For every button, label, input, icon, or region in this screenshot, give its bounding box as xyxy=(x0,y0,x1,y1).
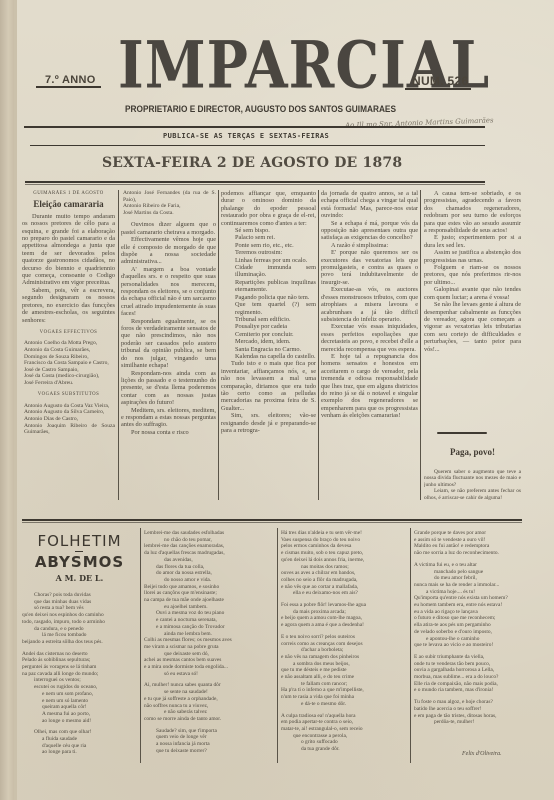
poem-line: e o mundo ria tambem, mas d'ironia! xyxy=(414,687,524,694)
article-paragraph: A causa tem-se sobriado, e os progressis… xyxy=(424,190,521,234)
poem-line: e não assaltam alli, e do teu crime xyxy=(281,674,407,681)
poem-line: da luz d'aquellas frescas madrugadas, xyxy=(144,550,272,557)
poem-line: a nossa infancia já morta xyxy=(144,741,272,748)
poem-line: Choras? pois toda duvidas xyxy=(22,592,137,599)
poem-line: como se morre ainda de tanto amor. xyxy=(144,716,272,723)
poem-line: na campa de tua mãe onde ajoelhaste xyxy=(144,597,272,604)
section-label: GUIMARÃES 1 DE AGOSTO xyxy=(22,190,115,197)
poem-line: e cismas muito, sob o teu capuz preto, xyxy=(281,550,407,557)
poem-column-2: Lembrei-me das saudades esfolhadasno chã… xyxy=(144,530,272,765)
list-item: Domingos de Souza Ribeiro, xyxy=(22,354,115,361)
poem-line: Saudade? sim, que t'importa xyxy=(144,728,272,735)
poem-line: ao longe para ti. xyxy=(22,749,137,756)
article-paragraph: Leiam, se não preferem antes fechar os o… xyxy=(424,488,521,501)
poem-line: interroguei os ventos; xyxy=(22,677,137,684)
poem-line: qu'en deixei nos espinhos do caminho xyxy=(22,612,137,619)
poem-line: que tu me désteis e me pediste xyxy=(281,667,407,674)
poem-line: Beijei tudo que amamos, e sosinho xyxy=(144,584,272,591)
list-item: Mercado, idem, idem. xyxy=(221,338,316,345)
poem-line: da mais proxima arcada; xyxy=(281,609,407,616)
poem-line: A mesma fui ao porto, xyxy=(22,711,137,718)
poem-line: Tu foste o mau algoz, e hoje choras? xyxy=(414,699,524,706)
article-paragraph: E justo; experimentem por si a dura lex … xyxy=(424,234,521,249)
list-item: Antonio Augusto da Costa Vaz Vieira, xyxy=(22,403,115,410)
issue-number: NUM. 526 xyxy=(412,74,468,88)
article-paragraph: E hoje tal a repugnancia dos homens sens… xyxy=(321,353,418,420)
list-item: Cemiterio por concluir. xyxy=(221,331,316,338)
poem-signature: Felix d'Oliveira. xyxy=(462,751,502,757)
poem-line: que encontrasse a perola, xyxy=(281,733,407,740)
poem-line: em podia apertar-te contra o seio, xyxy=(281,719,407,726)
list-item: Antonio Joaquim Ribeiro de Souza Guimarã… xyxy=(22,423,115,436)
poem-line: me viram a scismar na pobre gruta xyxy=(144,644,272,651)
article-paragraph: Respondam egualmente, se os foros de ver… xyxy=(121,318,216,370)
poem-line: achei as mesmas cantos bem suaves xyxy=(144,657,272,664)
poem-line: todo, rasgado, impuro, todo o arminho xyxy=(22,619,137,626)
poem-line: que te levava ao vicio e ao mosteiro! xyxy=(414,642,524,649)
poem-line: Olhei, mas com que olhar! xyxy=(22,729,137,736)
masthead-rule-top xyxy=(24,126,485,128)
list-item: Santa Engracia no Carmo. xyxy=(221,346,316,353)
poem-line: ella e eu deixamo-nos em ais? xyxy=(281,590,407,597)
article-paragraph: Por nossa conta e risco xyxy=(121,429,216,436)
poem-line: Foi essa a pobre flôr! levamos-lhe agua xyxy=(281,602,407,609)
paga-povo-article: Querem saber o augmento que teve a nossa… xyxy=(424,469,521,501)
list-item: Linhas ferreas por um ocalo. xyxy=(221,257,316,264)
article-paragraph: Tudo isto e o mais que fica por inventar… xyxy=(221,360,316,412)
poem-line: de velado soberbo e d'ouro imposto, xyxy=(414,629,524,636)
article-paragraph: Sim, srs. eleitores; vão-se resignando d… xyxy=(221,412,316,434)
number-underline xyxy=(405,88,471,90)
column-divider xyxy=(218,190,219,500)
column-divider xyxy=(420,190,421,500)
poem-line: Qu'importa qu'entre nós exista um homem? xyxy=(414,595,524,602)
poem-line: do amor da nossa estrella, xyxy=(144,570,272,577)
list-item: Cidade immunda sem illuminação. xyxy=(221,264,316,279)
poem-line: e não vês que ao cortar a mallafada, xyxy=(281,584,407,591)
article-paragraph: Assim se justifica a abstenção dos progr… xyxy=(424,249,521,264)
poem-line: E o teu noivo sorri? pelos outeiros xyxy=(281,634,407,641)
poem-line: pelos ermos caminhos da devesa xyxy=(281,543,407,550)
column-divider xyxy=(318,190,319,500)
poem-line: o grito suffocado xyxy=(281,739,407,746)
poem-line: Grande porque te daves por amor xyxy=(414,530,524,537)
article-paragraph: A' margem a boa vontade d'aquelles srs. … xyxy=(121,266,216,318)
list-item: Francisco da Costa Sampaio e Castro, xyxy=(22,360,115,367)
poem-line: ao longe o mesmo aid! xyxy=(22,718,137,725)
poem-line: e a mimosa canção do Trovador xyxy=(144,624,272,631)
poem-line: morbua, mas sublime... era a do louco? xyxy=(414,674,524,681)
list-item: Sé sem bispo. xyxy=(221,227,316,234)
article-column-3: podemos affiançar que, emquanto durar o … xyxy=(221,190,316,498)
list-item: Antonio José Fernandes (da rua de S. Pai… xyxy=(121,190,216,203)
poem-line: batido lhe acercia o teu soffrer! xyxy=(414,706,524,713)
poem-line: e tu que já soffreste a orphandade, xyxy=(144,696,272,703)
list-item: Teremos outrosim: xyxy=(221,249,316,256)
column-divider xyxy=(140,528,141,763)
poem-line: beijando a estreita sôlha dos teus pés. xyxy=(22,639,137,646)
poem-line: que das minhas duas vidas xyxy=(22,599,137,606)
poem-line: lá me ficou tombado xyxy=(22,632,137,639)
binding-edge xyxy=(14,0,17,800)
proprietor-line: PROPRIETARIO E DIRECTOR, AUGUSTO DOS SAN… xyxy=(125,104,396,114)
paga-povo-headline: Paga, povo! xyxy=(424,447,521,457)
poem-line: Ouvi a mesma voz do teu piano xyxy=(144,610,272,617)
list-item: Tribunal sem edificio. xyxy=(221,316,316,323)
poem-line: não me sorria a luz do reconhecimento. xyxy=(414,550,524,557)
year-label: 7.º ANNO xyxy=(45,74,96,86)
article-paragraph: da jornada de quatro annos, se a tal ech… xyxy=(321,190,418,220)
folhetim-title: ABYSMOS xyxy=(22,553,137,571)
article-paragraph: A razão é simplissima: xyxy=(321,242,418,249)
poem-line: nunca mais se ha de render a immolar... xyxy=(414,582,524,589)
poem-line: das flores da tua colla, xyxy=(144,564,272,571)
article-paragraph: Respondam-nos ainda com as lições do pas… xyxy=(121,370,216,407)
poem-line: e nem um som profano, xyxy=(22,691,137,698)
poem-line: que tu deixaste morrer? xyxy=(144,748,272,755)
poem-line: llorei as cançõns que m'ensinaste; xyxy=(144,590,272,597)
vogaes-substitutos-label: VOGAES SUBSTITUTOS xyxy=(22,391,115,398)
poem-line: que deixaste sem dó, xyxy=(144,651,272,658)
poem-line: e cantei a nocturna serenata, xyxy=(144,617,272,624)
poem-line: Vaes suspensa do braço do teu noivo xyxy=(281,537,407,544)
column-divider xyxy=(410,528,411,763)
folhetim-rule-thin xyxy=(22,522,522,523)
poem-line: e nem um só lamento xyxy=(22,698,137,705)
article-paragraph: Galopinai avante que não tendes com quem… xyxy=(424,286,521,301)
poem-line: não soffres nunca tu a viuvez, xyxy=(144,703,272,710)
poem-line: o futuro e ditoso que me reconhecem; xyxy=(414,615,524,622)
poem-line: ouves as aves a chilrar em bandos, xyxy=(281,570,407,577)
list-item: Antonio Dias de Castro, xyxy=(22,416,115,423)
dateline-rule-thin xyxy=(25,184,485,185)
poem-column-3: Há tres dias n'aldeia e tu sem vêr-me!Va… xyxy=(281,530,407,765)
article-paragraph: E' porque não queremos ser os executores… xyxy=(321,249,418,286)
poem-line: d'achar a borboleta; xyxy=(281,647,407,654)
poem-line: A victima fui eu, e o teu altar xyxy=(414,562,524,569)
article-paragraph: Effectivamente vêmos hoje que elle é com… xyxy=(121,236,216,266)
poem-line: e não saberás talvez xyxy=(144,709,272,716)
poem-line: nas moitas dos ramos; xyxy=(281,564,407,571)
binding-spine xyxy=(0,0,15,800)
list-item: Antonio Coelho da Motta Prego, xyxy=(22,340,115,347)
poem-line: só eu estava só! xyxy=(144,671,272,678)
list-item: Palacio sem rei. xyxy=(221,234,316,241)
poem-line: perdôa-te, mulher! xyxy=(414,719,524,726)
poem-line: eu ajoelhei tambem. xyxy=(144,604,272,611)
poem-line: se sente na saudade! xyxy=(144,689,272,696)
poem-line: Pelado ás sobiblinas sepulturas; xyxy=(22,657,137,664)
poem-line: eu homem tambem era, entre nós estava! xyxy=(414,602,524,609)
poem-line: a sombra dos meus beijos, xyxy=(281,661,407,668)
poem-line: E ao subir triumphante da viella, xyxy=(414,654,524,661)
article-paragraph: Ouvimos dizer alguem que o pastel camara… xyxy=(121,221,216,236)
poem-line: e apontou-lhe o caminho xyxy=(414,636,524,643)
article-paragraph: Se a echapa é má, porque vós da opposiçã… xyxy=(321,220,418,242)
list-item: Kalendas na capella do castello. xyxy=(221,353,316,360)
list-item: José Ferreira d'Abreu. xyxy=(22,380,115,387)
poem-column-4: Grande porque te daves por amore assim s… xyxy=(414,530,524,750)
article-column-5: A causa tem-se sobriado, e os progressis… xyxy=(424,190,521,420)
list-item: Pagando policia que não tem. xyxy=(221,294,316,301)
list-item: Repartições publicas inquilinas etername… xyxy=(221,279,316,294)
poem-line: qu'en deixei lá dois annos fria, inerme, xyxy=(281,557,407,564)
vogaes-effectivos-label: VOGAES EFFECTIVOS xyxy=(22,329,115,336)
poem-line: colhes no seio a flôr da madrugada, xyxy=(281,577,407,584)
article-paragraph: Executae vós essas iniquidades, esses pe… xyxy=(321,323,418,353)
list-item: Que tem quartel (?) sem regimento. xyxy=(221,301,316,316)
poem-line: Ai, mulher! nunca sabes quanta dôr xyxy=(144,682,272,689)
poem-line: das avenidas, xyxy=(144,557,272,564)
poem-line: e beijo quem a amou com-lhe magoa, xyxy=(281,615,407,622)
poem-line: do nosso amor e vida. xyxy=(144,577,272,584)
article-column-2: Antonio José Fernandes (da rua de S. Pai… xyxy=(121,190,216,498)
poem-line: A culpa tradiosa ea! n'aquella hora xyxy=(281,713,407,720)
article-paragraph: Querem saber o augmento que teve a nossa… xyxy=(424,469,521,488)
article-column-1: GUIMARÃES 1 DE AGOSTO Eleição camararia … xyxy=(22,190,115,498)
poem-line: da tua grande dôr. xyxy=(281,746,407,753)
poem-line: matar-te, ai! estrangulal-o, sem receio xyxy=(281,726,407,733)
dateline: SEXTA-FEIRA 2 DE AGOSTO DE 1878 xyxy=(102,155,402,171)
poem-line: Há tres dias n'aldeia e tu sem vêr-me! xyxy=(281,530,407,537)
column-divider xyxy=(118,190,119,500)
poem-line: e não vês na ramagem dos pinheiros xyxy=(281,654,407,661)
article-paragraph: Se não lhe levaes gente á altura de dese… xyxy=(424,301,521,353)
poem-line: na paz cavada alli longe do mundo; xyxy=(22,671,137,678)
list-item: Antonio da Costa Guimarães, xyxy=(22,347,115,354)
poem-line: n'um te rasia a vida que foi minha xyxy=(281,694,407,701)
article-paragraph: Meditem, srs. eleitores, meditem, e resp… xyxy=(121,407,216,429)
poem-line: ella atira-te aos pés um pergaminho xyxy=(414,622,524,629)
folhetim-rule xyxy=(22,519,522,521)
publication-schedule: PUBLICA-SE AS TERÇAS E SEXTAS-FEIRAS xyxy=(163,132,329,140)
newspaper-title: IMPARCIAL xyxy=(118,26,490,103)
poem-line: Andei das cisternas no deserto xyxy=(22,651,137,658)
article-paragraph: podemos affiançar que, emquanto durar o … xyxy=(221,190,316,227)
list-item: José da Costa (medico-cirurgião), xyxy=(22,373,115,380)
section-divider xyxy=(437,432,487,434)
article-column-4: da jornada de quatro annos, se a tal ech… xyxy=(321,190,418,498)
article-headline: Eleição camararia xyxy=(22,201,115,208)
poem-line: Maldito eu fui antão! e redemptora xyxy=(414,543,524,550)
poem-line: perguntei ás voragens se lá tinham xyxy=(22,664,137,671)
poem-line: correis como as creanças com desejos xyxy=(281,641,407,648)
poem-line: no chão do teu pomar, xyxy=(144,537,272,544)
poem-line: do meu amor febril, xyxy=(414,575,524,582)
poem-line: só resta a tua? bem vês xyxy=(22,605,137,612)
poem-column-1: Choras? pois toda duvidasque das minhas … xyxy=(22,592,137,797)
folhetim-dash xyxy=(75,551,83,552)
list-item: Pousaliye por cadeia xyxy=(221,323,316,330)
poem-line: e a mira onde dormiste toda engolida... xyxy=(144,664,272,671)
poem-line: d'aquelle céu que ria xyxy=(22,743,137,750)
poem-line: Colhi as mesmas flores; os mesmos aves xyxy=(144,637,272,644)
dateline-rule xyxy=(25,181,485,183)
list-item: Antonio Ribeiro de Faria, xyxy=(121,203,216,210)
list-item: Ponte sem rio, etc., etc. xyxy=(221,242,316,249)
poem-line: e agora quem a ama é que a desdenha! xyxy=(281,622,407,629)
folhetim-dedication: A M. DE L. xyxy=(22,573,137,583)
poem-line: ouvia a gargalhada horrorosa a Lella, xyxy=(414,667,524,674)
poem-line: onde tu te venderas tão bem pouco, xyxy=(414,661,524,668)
poem-line: queiram aquella côr! xyxy=(22,704,137,711)
article-paragraph: Folguem e riam-se os nossos pretores, qu… xyxy=(424,264,521,286)
poem-line: e em paga de tão tristes, ditosas horas, xyxy=(414,713,524,720)
poem-line: a victima hoje.... és tu! xyxy=(414,589,524,596)
article-paragraph: Sabem, pois, vêr a escrevera, segundo de… xyxy=(22,287,115,324)
article-paragraph: Durante muito tempo andaram os nossos pr… xyxy=(22,213,115,287)
poem-line: Elle ria de compaixão, não mais podia, xyxy=(414,681,524,688)
poem-line: escutei os rugidos do oceano, xyxy=(22,684,137,691)
poem-line: e dá-te o mesmo dôr. xyxy=(281,701,407,708)
folhetim-label: FOLHETIM xyxy=(22,532,137,550)
list-item: José Martins da Costa. xyxy=(121,210,216,217)
column-divider xyxy=(277,528,278,763)
year-underline xyxy=(36,86,101,88)
masthead-rule-mid xyxy=(30,145,485,146)
list-item: Antonio Augusto da Silva Carneiro, xyxy=(22,409,115,416)
poem-line: Lembrei-me das saudades esfolhadas xyxy=(144,530,272,537)
article-paragraph: Executae-as vós, os auctores d'esses mon… xyxy=(321,286,418,323)
poem-line: a fluida saudade xyxy=(22,736,137,743)
